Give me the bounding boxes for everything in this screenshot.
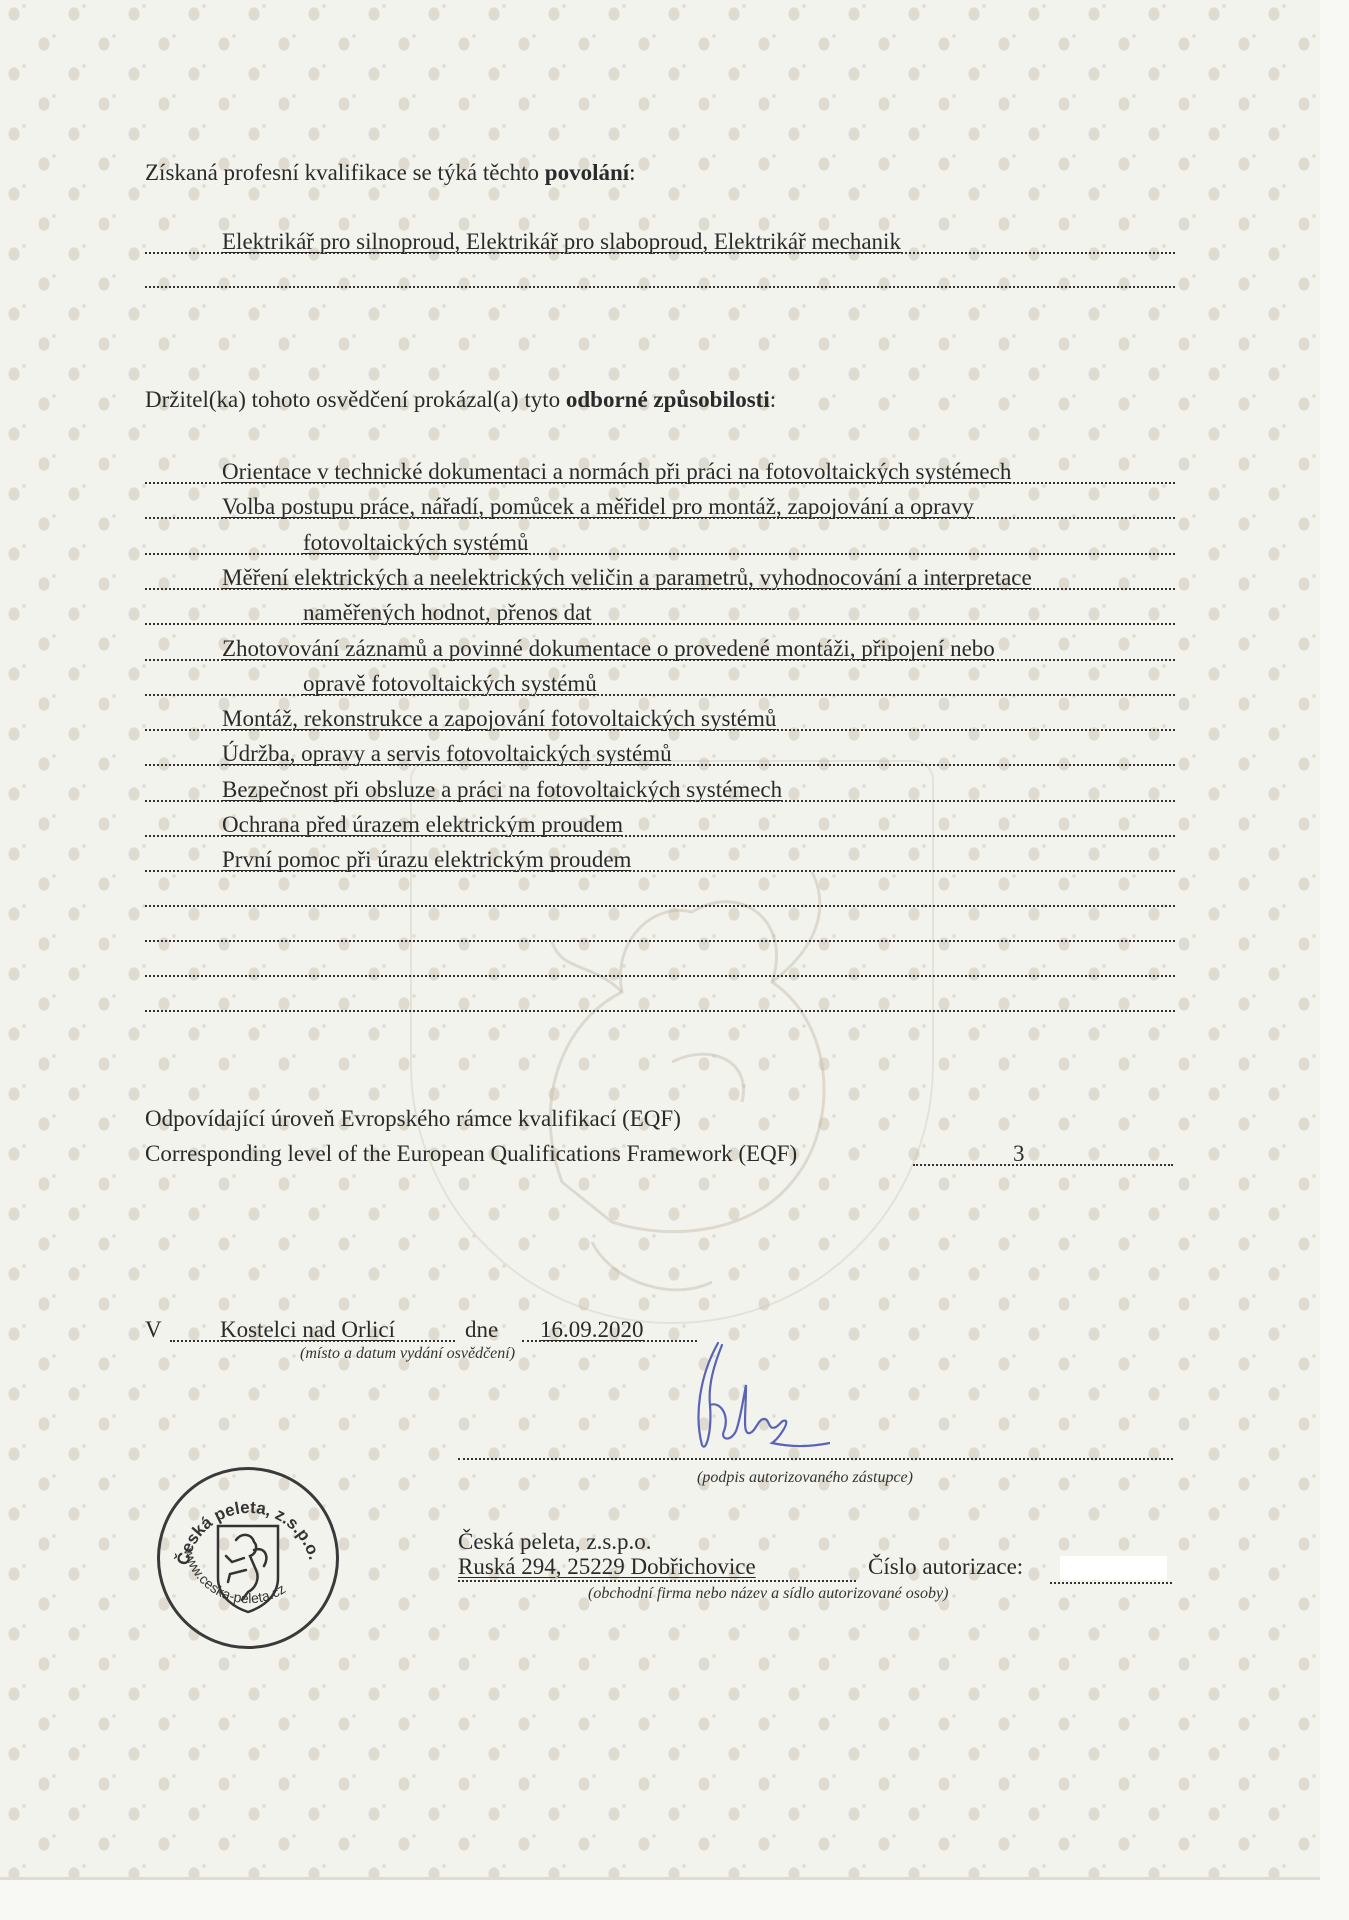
- eqf-label-en: Corresponding level of the European Qual…: [145, 1142, 797, 1165]
- issue-caption: (místo a datum vydání osvědčení): [300, 1346, 515, 1362]
- date-prefix: dne: [465, 1318, 498, 1341]
- organization-caption: (obchodní firma nebo název a sídlo autor…: [588, 1586, 948, 1602]
- competency-item: naměřených hodnot, přenos dat: [303, 601, 592, 624]
- eqf-level-value: 3: [1013, 1142, 1025, 1165]
- competency-item: Montáž, rekonstrukce a zapojování fotovo…: [222, 707, 776, 730]
- blank-line: [145, 940, 1175, 942]
- authorization-line: [1050, 1582, 1172, 1584]
- occupations-heading: Získaná profesní kvalifikace se týká těc…: [145, 161, 636, 184]
- place-prefix: V: [145, 1318, 162, 1341]
- competency-item: opravě fotovoltaických systémů: [303, 672, 597, 695]
- authorization-label: Číslo autorizace:: [868, 1555, 1023, 1578]
- competency-item: Měření elektrických a neelektrických vel…: [222, 566, 1032, 589]
- occupations-value: Elektrikář pro silnoproud, Elektrikář pr…: [222, 230, 901, 253]
- occupations-line-2: [145, 286, 1175, 288]
- competency-item: Volba postupu práce, nářadí, pomůcek a m…: [222, 495, 974, 518]
- blank-line: [145, 975, 1175, 977]
- signature-icon: [680, 1335, 830, 1455]
- scan-margin-bottom: [0, 1880, 1349, 1920]
- organization-address: Ruská 294, 25229 Dobřichovice: [458, 1555, 756, 1578]
- eqf-level-line: [913, 1164, 1173, 1166]
- competency-line: [145, 623, 1175, 625]
- competencies-heading: Držitel(ka) tohoto osvědčení prokázal(a)…: [145, 388, 776, 411]
- organization-stamp: Česká peleta, z.s.p.o. www.ceska-peleta.…: [157, 1467, 339, 1649]
- competency-line: [145, 694, 1175, 696]
- competency-item: Zhotovování záznamů a povinné dokumentac…: [222, 637, 995, 660]
- scan-margin-right: [1320, 0, 1349, 1920]
- competency-item: První pomoc při úrazu elektrickým proude…: [222, 848, 631, 871]
- issue-place: Kostelci nad Orlicí: [220, 1318, 395, 1341]
- blank-line: [145, 1010, 1175, 1012]
- competency-item: Bezpečnost při obsluze a práci na fotovo…: [222, 778, 782, 801]
- organization-name: Česká peleta, z.s.p.o.: [458, 1530, 652, 1553]
- issue-date: 16.09.2020: [540, 1318, 644, 1341]
- signature-caption: (podpis autorizovaného zástupce): [697, 1470, 913, 1486]
- signature-line: [458, 1458, 1173, 1460]
- competency-item: Ochrana před úrazem elektrickým proudem: [222, 813, 623, 836]
- competency-item: Údržba, opravy a servis fotovoltaických …: [222, 742, 672, 765]
- organization-address-line: [458, 1580, 856, 1582]
- competency-line: [145, 553, 1175, 555]
- authorization-number-redacted: [1060, 1556, 1167, 1580]
- competency-item: Orientace v technické dokumentaci a norm…: [222, 460, 1011, 483]
- eqf-label-cz: Odpovídající úroveň Evropského rámce kva…: [145, 1107, 681, 1130]
- czech-lion-watermark-icon: [410, 760, 934, 1324]
- competency-item: fotovoltaických systémů: [303, 531, 529, 554]
- blank-line: [145, 905, 1175, 907]
